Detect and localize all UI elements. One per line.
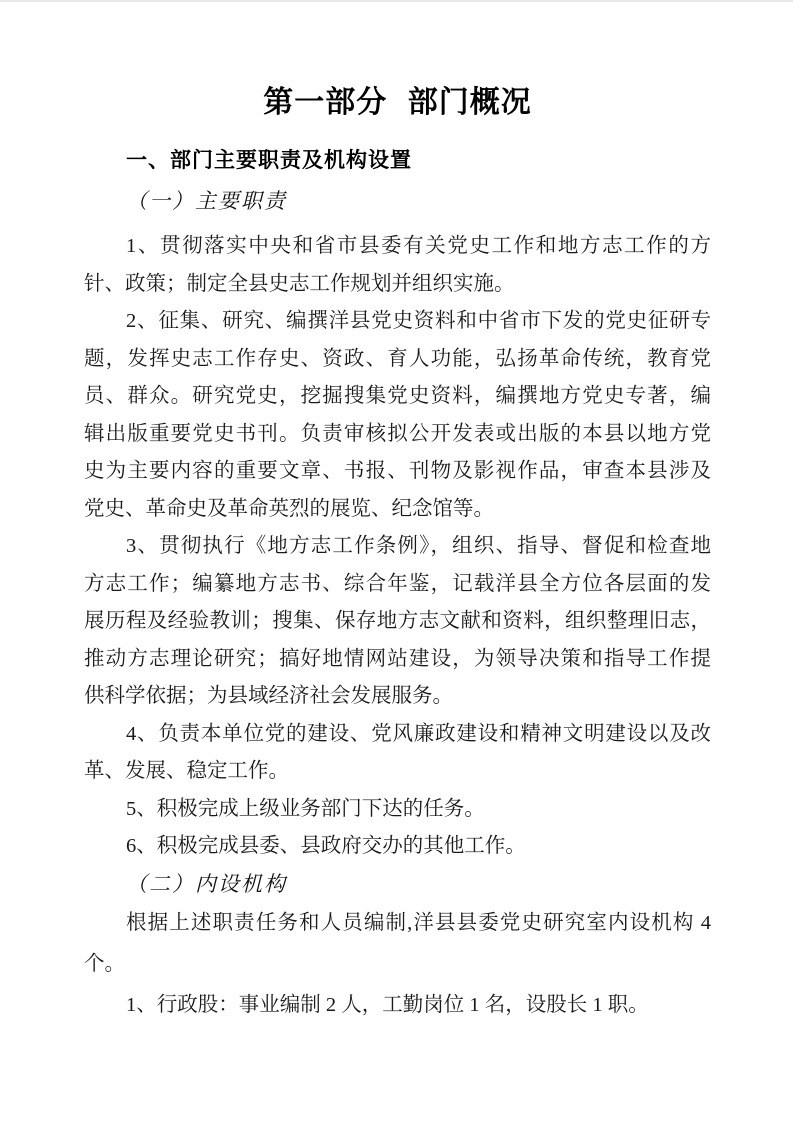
document-page: 第一部分 部门概况 一、部门主要职责及机构设置 （一）主要职责 1、贯彻落实中央…: [0, 0, 793, 1122]
text-line: 方志工作；编纂地方志书、综合年鉴，记载洋县全方位各层面的发: [84, 566, 711, 604]
text-line: 6、积极完成县委、县政府交办的其他工作。: [84, 828, 711, 866]
page-top-edge: [0, 0, 793, 2]
section-heading: 一、部门主要职责及机构设置: [84, 146, 711, 176]
text-line: 辑出版重要党史书刊。负责审核拟公开发表或出版的本县以地方党: [84, 416, 711, 454]
subsection2-heading: （二）内设机构: [84, 866, 711, 904]
document-content: 第一部分 部门概况 一、部门主要职责及机构设置 （一）主要职责 1、贯彻落实中央…: [84, 82, 711, 1026]
duty-paragraph-1: 1、贯彻落实中央和省市县委有关党史工作和地方志工作的方针、政策；制定全县史志工作…: [84, 228, 711, 303]
text-line: 史为主要内容的重要文章、书报、刊物及影视作品，审查本县涉及: [84, 453, 711, 491]
text-line: 针、政策；制定全县史志工作规划并组织实施。: [84, 266, 711, 304]
text-line: 个。: [84, 944, 711, 985]
org-paragraph-1: 根据上述职责任务和人员编制,洋县县委党史研究室内设机构 4个。: [84, 903, 711, 985]
duty-paragraph-3: 3、贯彻执行《地方志工作条例》，组织、指导、督促和检查地方志工作；编纂地方志书、…: [84, 528, 711, 716]
text-line: 1、贯彻落实中央和省市县委有关党史工作和地方志工作的方: [84, 228, 711, 266]
text-line: 员、群众。研究党史，挖掘搜集党史资料，编撰地方党史专著，编: [84, 378, 711, 416]
duty-paragraph-4: 4、负责本单位党的建设、党风廉政建设和精神文明建设以及改革、发展、稳定工作。: [84, 716, 711, 791]
text-line: 推动方志理论研究；搞好地情网站建设，为领导决策和指导工作提: [84, 641, 711, 679]
org-paragraph-2: 1、行政股：事业编制 2 人，工勤岗位 1 名，设股长 1 职。: [84, 985, 711, 1026]
text-line: 2、征集、研究、编撰洋县党史资料和中省市下发的党史征研专: [84, 303, 711, 341]
text-line: 题，发挥史志工作存史、资政、育人功能，弘扬革命传统，教育党: [84, 341, 711, 379]
text-line: 5、积极完成上级业务部门下达的任务。: [84, 791, 711, 829]
text-line: 3、贯彻执行《地方志工作条例》，组织、指导、督促和检查地: [84, 528, 711, 566]
text-line: 供科学依据；为县域经济社会发展服务。: [84, 678, 711, 716]
duty-paragraph-2: 2、征集、研究、编撰洋县党史资料和中省市下发的党史征研专题，发挥史志工作存史、资…: [84, 303, 711, 528]
duty-paragraph-6: 6、积极完成县委、县政府交办的其他工作。: [84, 828, 711, 866]
text-line: 根据上述职责任务和人员编制,洋县县委党史研究室内设机构 4: [84, 903, 711, 944]
text-line: 革、发展、稳定工作。: [84, 753, 711, 791]
duty-paragraph-5: 5、积极完成上级业务部门下达的任务。: [84, 791, 711, 829]
text-line: 4、负责本单位党的建设、党风廉政建设和精神文明建设以及改: [84, 716, 711, 754]
subsection1-heading: （一）主要职责: [84, 186, 711, 216]
document-title: 第一部分 部门概况: [84, 82, 711, 124]
text-line: 党史、革命史及革命英烈的展览、纪念馆等。: [84, 491, 711, 529]
text-line: 1、行政股：事业编制 2 人，工勤岗位 1 名，设股长 1 职。: [84, 985, 711, 1026]
text-line: 展历程及经验教训；搜集、保存地方志文献和资料，组织整理旧志，: [84, 603, 711, 641]
